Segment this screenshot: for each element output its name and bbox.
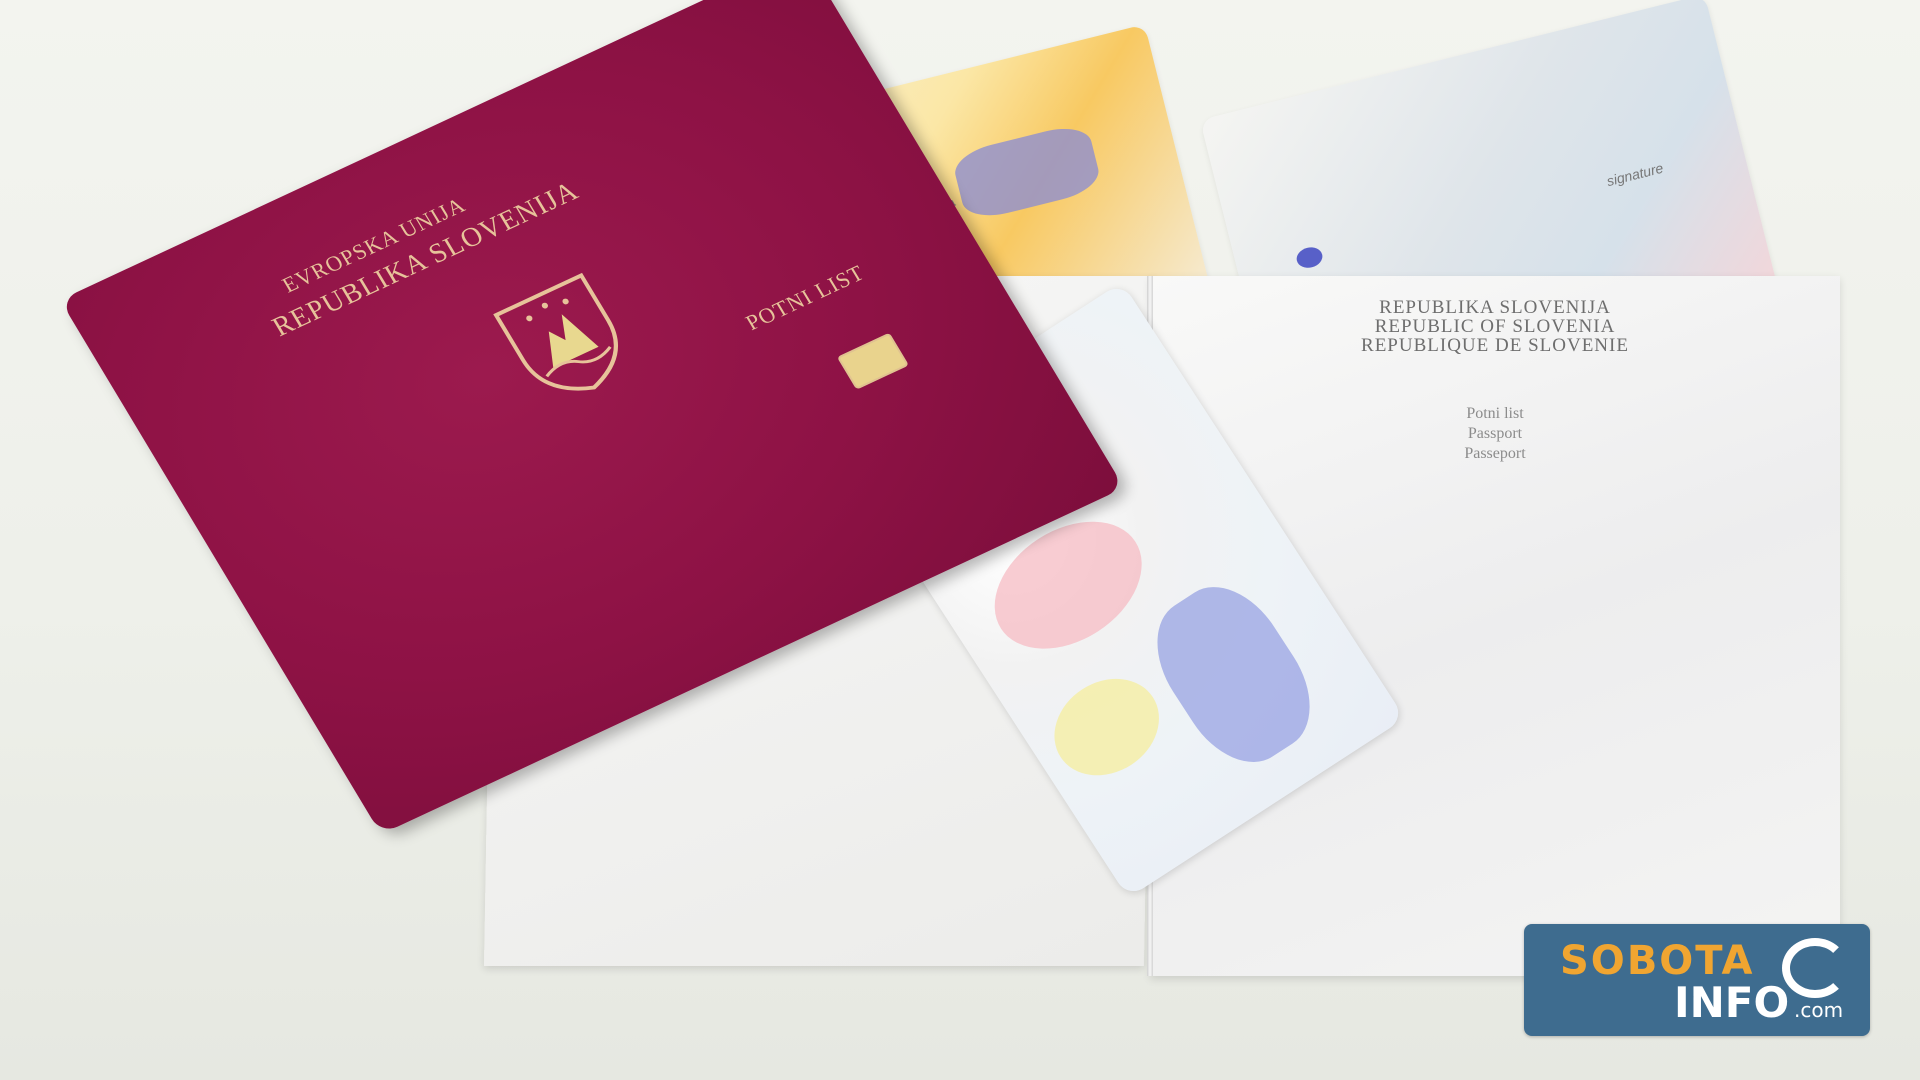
page-title-fr: Passeport xyxy=(1150,444,1840,464)
card-artwork xyxy=(950,121,1103,223)
signature: signature xyxy=(1605,160,1665,189)
emblem-icon xyxy=(1295,245,1325,271)
sobotainfo-logo[interactable]: SOBOTA INFO .com xyxy=(1524,924,1870,1036)
page-heading-en: REPUBLIC OF SLOVENIA xyxy=(1150,317,1840,336)
page-heading-fr: REPUBLIQUE DE SLOVENIE xyxy=(1150,336,1840,355)
page-heading-sl: REPUBLIKA SLOVENIJA xyxy=(1150,298,1840,317)
page-title-sl: Potni list xyxy=(1150,404,1840,424)
logo-text-info: INFO xyxy=(1674,978,1789,1027)
page-title-en: Passport xyxy=(1150,424,1840,444)
logo-swirl-icon xyxy=(1782,938,1848,998)
card-artwork-figure xyxy=(1134,566,1333,782)
logo-text-domain: .com xyxy=(1794,998,1843,1022)
card-artwork xyxy=(1036,659,1177,794)
